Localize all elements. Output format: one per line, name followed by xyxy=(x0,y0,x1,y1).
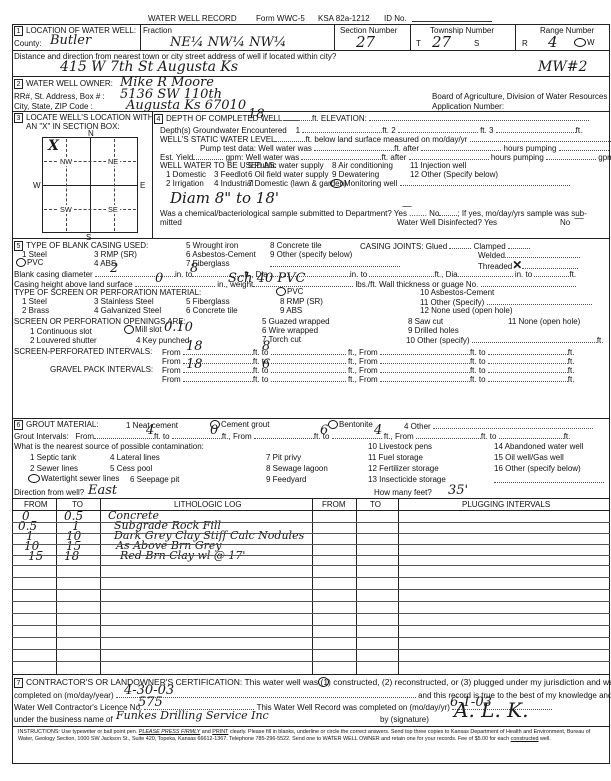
grout1-from-value[interactable]: 4 xyxy=(146,424,154,437)
casing-to-value[interactable]: 8 xyxy=(190,262,198,275)
contamination-label: What is the nearest source of possible c… xyxy=(14,442,204,451)
range-value[interactable]: 4 xyxy=(548,35,558,50)
well-note-value[interactable]: Diam 8" to 18' xyxy=(170,191,279,206)
casing-option[interactable]: 8 Concrete tile xyxy=(270,241,322,250)
contam-option[interactable]: 1 Septic tank xyxy=(30,453,76,462)
grout1-to-value[interactable]: 0 xyxy=(210,424,218,437)
section-2-heading: 2WATER WELL OWNER: xyxy=(14,79,113,89)
contam-option[interactable]: 13 Insecticide storage xyxy=(368,475,446,484)
range-direction[interactable]: W xyxy=(574,38,595,47)
chem-sample-row: Was a chemical/bacteriological sample su… xyxy=(160,208,587,218)
township-value[interactable]: 27 xyxy=(432,35,451,50)
screen-selected-pvc[interactable]: PVC xyxy=(276,287,303,296)
casing-height-value[interactable]: 0 xyxy=(155,272,163,285)
use-option[interactable]: 11 Injection well xyxy=(410,161,466,170)
contam-option[interactable]: 12 Fertilizer storage xyxy=(368,464,439,473)
board-label: Board of Agriculture, Division of Water … xyxy=(432,92,607,101)
well-id-value[interactable]: MW#2 xyxy=(538,60,587,74)
section-number-value[interactable]: 27 xyxy=(356,35,375,50)
screen-from-value[interactable]: 18 xyxy=(186,340,203,353)
business-value[interactable]: Funkes Drilling Service Inc xyxy=(116,710,269,721)
log-header-from: FROM xyxy=(24,500,48,509)
grout2-from-value[interactable]: 6 xyxy=(320,424,328,437)
contam-selected-watertight[interactable]: Watertight sewer lines xyxy=(28,474,119,483)
ksa-reference: KSA 82a-1212 xyxy=(318,14,370,23)
grout-intervals-row: Grout Intervals: Fromft. to ft., From ft… xyxy=(14,431,570,441)
slot-size-value[interactable]: 0.10 xyxy=(164,321,193,334)
contam-option[interactable]: 2 Sewer lines xyxy=(30,464,78,473)
casing-option[interactable]: 3 RMP (SR) xyxy=(94,250,137,259)
screen-option[interactable]: 12 None used (open hole) xyxy=(420,306,513,315)
disinfected-value[interactable]: — xyxy=(574,214,584,224)
opening-option[interactable]: 5 Guazed wrapped xyxy=(262,317,330,326)
contam-option[interactable]: 9 Feedyard xyxy=(266,475,306,484)
screen-option[interactable]: 8 RMP (SR) xyxy=(280,297,323,306)
address-label: RR#, St. Address, Box # : xyxy=(14,92,105,101)
id-label: ID No. xyxy=(384,14,407,23)
casing-option[interactable]: 9 Other (specify below) xyxy=(270,250,352,259)
location-x-mark[interactable]: X xyxy=(48,139,59,153)
contam-option[interactable]: 14 Abandoned water well xyxy=(494,442,583,451)
grout-option-other[interactable]: 4 Other xyxy=(404,421,593,431)
city-label: City, State, ZIP Code : xyxy=(14,102,93,111)
application-label: Application Number: xyxy=(432,102,504,111)
opening-option[interactable]: 9 Drilled holes xyxy=(408,326,459,335)
opening-option[interactable]: 4 Key punched xyxy=(136,336,189,345)
disinfected-label: Water Well Disinfected? Yes xyxy=(397,218,497,227)
screen-material-label: TYPE OF SCREEN OR PERFORATION MATERIAL: xyxy=(14,288,201,297)
use-option[interactable]: 3 Feedlot xyxy=(214,170,247,179)
business-label: under the business name of xyxy=(14,715,113,724)
section-6-heading: 6GROUT MATERIAL: xyxy=(14,420,99,430)
contam-option[interactable]: 5 Cess pool xyxy=(110,464,152,473)
contam-option[interactable]: 11 Fuel storage xyxy=(368,453,423,462)
screen-option[interactable]: 2 Brass xyxy=(22,306,49,315)
opening-option[interactable]: 1 Continuous slot xyxy=(30,327,92,336)
county-label: County: xyxy=(14,39,42,48)
grout2-to-value[interactable]: 4 xyxy=(374,424,382,437)
use-option[interactable]: 2 Irrigation xyxy=(166,179,204,188)
disinfected-no: No xyxy=(560,218,570,227)
direction-value[interactable]: East xyxy=(88,484,117,497)
screen-option[interactable]: 5 Fiberglass xyxy=(186,297,230,306)
instructions: INSTRUCTIONS: Use typewriter or ball poi… xyxy=(18,729,604,743)
direction-label: Direction from well? xyxy=(14,488,84,497)
use-selected-monitoring[interactable]: Monitoring well xyxy=(330,178,570,188)
screen-to-value[interactable]: 8 xyxy=(262,340,270,353)
signature-label: by (signature) xyxy=(380,715,429,724)
opening-option[interactable]: 11 None (open hole) xyxy=(508,317,580,326)
screen-option[interactable]: 9 ABS xyxy=(280,306,302,315)
use-option[interactable]: 8 Air conditioning xyxy=(332,161,393,170)
log-header-lithologic: LITHOLOGIC LOG xyxy=(174,500,242,509)
screen-option[interactable]: 6 Concrete tile xyxy=(186,306,238,315)
plug-header-from: FROM xyxy=(322,500,346,509)
screen-option[interactable]: 10 Asbestos-Cement xyxy=(420,288,494,297)
opening-option[interactable]: 2 Louvered shutter xyxy=(30,336,97,345)
use-option[interactable]: 5 Public water supply xyxy=(248,161,324,170)
licence-value[interactable]: 575 xyxy=(138,696,163,709)
plug-header-intervals: PLUGGING INTERVALS xyxy=(462,500,550,509)
use-option[interactable]: 6 Oil field water supply xyxy=(248,170,328,179)
opening-option[interactable]: 8 Saw cut xyxy=(408,317,443,326)
contam-option[interactable]: 15 Oil well/Gas well xyxy=(494,453,564,462)
contam-option[interactable]: 7 Pit privy xyxy=(266,453,301,462)
screen-option[interactable]: 1 Steel xyxy=(22,297,47,306)
feet-value[interactable]: 35' xyxy=(448,484,468,497)
screen-intervals-label: SCREEN-PERFORATED INTERVALS: xyxy=(14,347,152,356)
contam-option[interactable]: 16 Other (specify below) xyxy=(494,464,581,473)
gravel-to-value[interactable]: 6 xyxy=(262,358,270,371)
contam-option[interactable]: 6 Seepage pit xyxy=(130,475,179,484)
grout-selected-bentonite[interactable]: Bentonite xyxy=(328,420,373,429)
contam-option[interactable]: 8 Sewage lagoon xyxy=(266,464,328,473)
id-field[interactable] xyxy=(412,21,492,22)
feet-label: How many feet? xyxy=(374,488,432,497)
screen-option[interactable]: 4 Galvanized Steel xyxy=(94,306,161,315)
distance-value[interactable]: 415 W 7th St Augusta Ks xyxy=(60,60,238,74)
gravel-from-value[interactable]: 18 xyxy=(186,358,203,371)
fraction-value[interactable]: NE¼ NW¼ NW¼ xyxy=(170,36,286,49)
section-7-heading: 7CONTRACTOR'S OR LANDOWNER'S CERTIFICATI… xyxy=(14,677,611,688)
casing-weight-value[interactable]: Sch 40 PVC xyxy=(228,272,305,285)
opening-selected-mill-slot[interactable]: Mill slot xyxy=(124,325,162,334)
form-title: WATER WELL RECORD xyxy=(148,14,237,23)
signature-value[interactable]: A. L. K. xyxy=(454,700,528,720)
opening-option[interactable]: 6 Wire wrapped xyxy=(262,326,318,335)
contam-option[interactable]: 10 Livestock pens xyxy=(368,442,432,451)
casing-option[interactable]: 6 Asbestos-Cement xyxy=(186,250,256,259)
screen-option[interactable]: 3 Stainless Steel xyxy=(94,297,154,306)
opening-option-other[interactable]: 10 Other (specify) ft. xyxy=(406,335,603,345)
county-value[interactable]: Butler xyxy=(50,34,91,47)
log-header-to: TO xyxy=(72,500,83,509)
plug-header-to: TO xyxy=(370,500,381,509)
form-number: Form WWC-5 xyxy=(256,14,305,23)
casing-selected-pvc[interactable]: PVC xyxy=(16,258,43,267)
contam-option[interactable]: 4 Lateral lines xyxy=(110,453,160,462)
casing-diameter-value[interactable]: 2 xyxy=(110,262,118,275)
use-option[interactable]: 1 Domestic xyxy=(166,170,206,179)
gravel-interval-row-2: From ft. to ft., From ft. to ft. xyxy=(162,374,574,384)
chem-no-value[interactable]: — xyxy=(402,202,412,212)
fraction-label: Fraction xyxy=(143,26,172,35)
cert-selected-constructed[interactable] xyxy=(318,677,329,687)
gravel-pack-label: GRAVEL PACK INTERVALS: xyxy=(50,365,153,374)
grout-selected-cement[interactable]: Cement grout xyxy=(210,420,269,429)
casing-option[interactable]: 5 Wrought iron xyxy=(186,241,238,250)
